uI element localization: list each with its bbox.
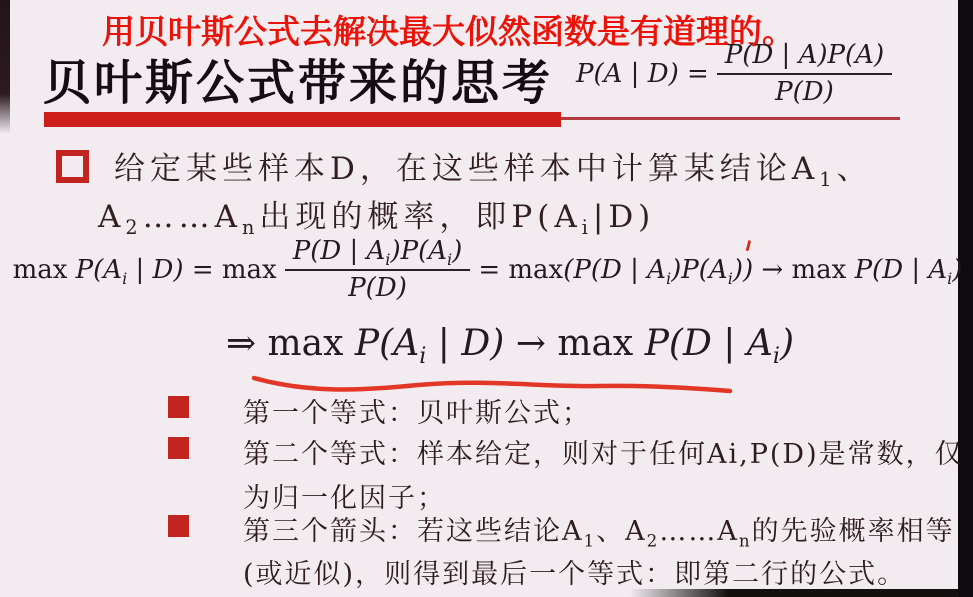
video-edge-left (0, 0, 10, 134)
note-bullet-icon-3 (168, 515, 189, 537)
derivation-fraction: P(D | Ai)P(Ai) P(D) (285, 236, 471, 304)
lecture-slide: 用贝叶斯公式去解决最大似然函数是有道理的。 贝叶斯公式带来的思考 P(A | D… (0, 0, 973, 597)
hollow-square-bullet-icon (56, 150, 89, 183)
note-1-text: 第一个等式：贝叶斯公式； (243, 391, 591, 430)
title-underline-rule (561, 117, 900, 120)
bayes-formula-numerator: P(D | A)P(A) (717, 40, 892, 75)
derivation-line-1: max P(Ai | D) = max P(D | Ai)P(Ai) P(D) … (45, 236, 930, 304)
bayes-formula-denominator: P(D) (775, 75, 834, 108)
bayes-formula-lhs: P(A | D) = (576, 59, 709, 89)
derivation-fraction-numerator: P(D | Ai)P(Ai) (285, 236, 471, 271)
note-3-text-line-2: (或近似)，则得到最后一个等式：即第二行的公式。 (243, 552, 906, 591)
bayes-formula-fraction: P(D | A)P(A) P(D) (717, 40, 892, 108)
derivation-line-2: ⇒ max P(Ai | D) → max P(D | Ai) (60, 323, 960, 364)
note-2-text-line-1: 第二个等式：样本给定，则对于任何Ai,P(D)是常数，仅 (243, 432, 964, 471)
slide-title: 贝叶斯公式带来的思考 (43, 44, 553, 113)
note-bullet-icon-1 (168, 396, 189, 418)
note-3-text-line-1: 第三个箭头：若这些结论A1、A2……An的先验概率相等 (243, 509, 955, 548)
video-edge-right (958, 0, 973, 597)
derivation-line-1-left: max P(Ai | D) = max (13, 255, 277, 285)
bullet-text-line-1: 给定某些样本D，在这些样本中计算某结论A1、 (114, 143, 872, 188)
bayes-formula: P(A | D) = P(D | A)P(A) P(D) (576, 40, 892, 108)
title-underline-bar (44, 112, 561, 127)
note-bullet-icon-2 (168, 437, 189, 459)
bullet-text-line-2: A2……An出现的概率，即P(Ai|D) (98, 191, 655, 236)
derivation-line-1-right: = max(P(D | Ai)P(Ai)) → max P(D | Ai) (478, 255, 962, 285)
derivation-fraction-denominator: P(D) (348, 271, 407, 304)
